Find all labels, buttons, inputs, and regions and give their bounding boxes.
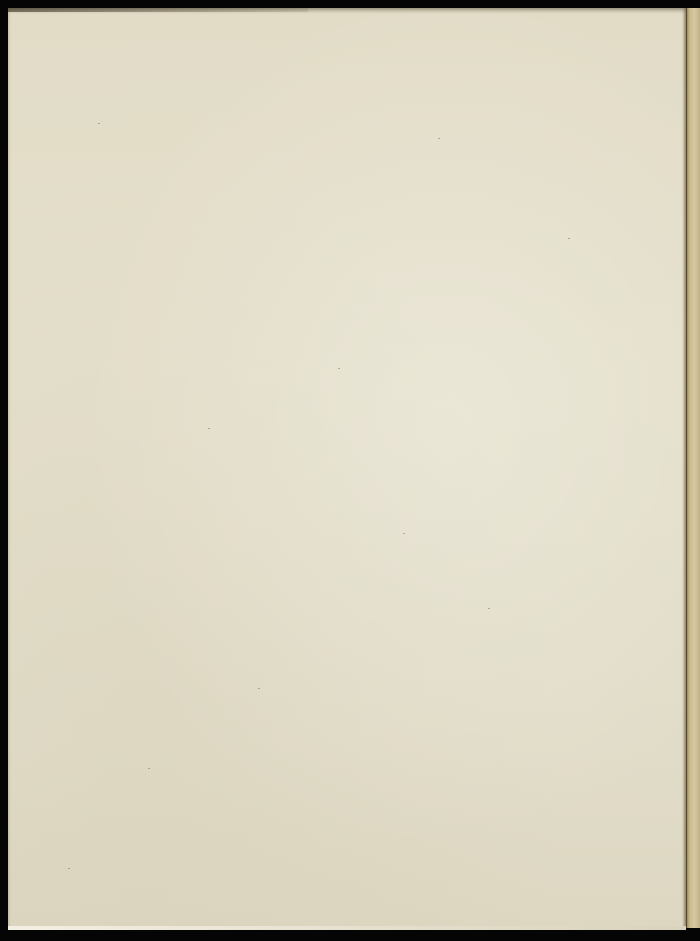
page-fold-line [686, 8, 687, 928]
paper-fiber-speck [488, 608, 490, 609]
adjacent-page-edge [686, 8, 700, 928]
paper-fiber-speck [98, 123, 100, 124]
page-top-edge-shadow [8, 8, 308, 12]
paper-fiber-speck [258, 688, 260, 689]
page-bottom-edge [8, 926, 686, 930]
paper-fiber-speck [68, 868, 70, 869]
paper-fiber-speck [148, 768, 150, 769]
paper-fiber-speck [438, 138, 440, 139]
paper-fiber-speck [338, 368, 340, 369]
blank-paper-page [8, 8, 686, 930]
paper-fiber-speck [568, 238, 570, 239]
paper-fiber-speck [208, 428, 210, 429]
paper-fiber-speck [403, 533, 405, 534]
